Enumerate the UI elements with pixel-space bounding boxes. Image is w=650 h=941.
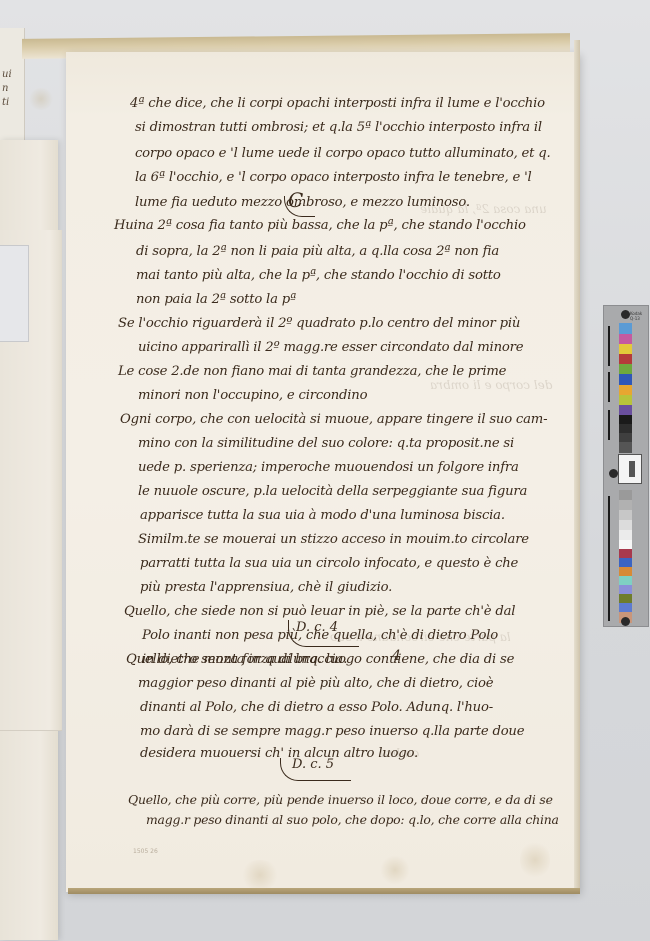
- manuscript-line: desidera muouersi ch' in alcun altro luo…: [140, 746, 418, 761]
- leaf-fragment: ti: [2, 96, 22, 110]
- leaf-fragment: ui: [2, 68, 22, 82]
- page-bottom-edge: [68, 888, 580, 894]
- manuscript-line: Quello, che monta in qualunq. luogo conu…: [126, 652, 514, 667]
- manuscript-line: corpo opaco e 'l lume uede il corpo opac…: [135, 146, 550, 161]
- strip-hole: [609, 469, 618, 478]
- manuscript-line: mai tanto più alta, che la pª, che stand…: [136, 268, 501, 283]
- scale-gauge: [618, 454, 642, 484]
- manuscript-line: minori non l'occupino, e circondino: [138, 388, 367, 403]
- manuscript-line: mo darà di se sempre magg.r peso inuerso…: [140, 724, 524, 739]
- manuscript-line: Huina 2ª cosa fia tanto più bassa, che l…: [114, 218, 526, 233]
- manuscript-line: non paia la 2ª sotto la pª: [136, 292, 296, 307]
- left-leaf-text: ui n ti: [2, 68, 22, 110]
- manuscript-line: Quello, che siede non si può leuar in pi…: [124, 604, 515, 619]
- manuscript-line: 4ª che dice, che li corpi opachi interpo…: [130, 96, 545, 111]
- manuscript-line: parratti tutta la sua uia un circolo inf…: [140, 556, 518, 571]
- page-right-edge: [574, 40, 580, 892]
- stain: [28, 88, 54, 110]
- bleed-through: del corpo e li ombra: [430, 378, 552, 392]
- strip-brand: Kodak Q-13: [630, 311, 648, 321]
- manuscript-line: Le cose 2.de non fiano mai di tanta gran…: [118, 364, 506, 379]
- manuscript-line: Similm.te se mouerai un stizzo acceso in…: [138, 532, 529, 547]
- manuscript-line: apparisce tutta la sua uia à modo d'una …: [140, 508, 505, 523]
- manuscript-line: si dimostran tutti ombrosi; et q.la 5ª l…: [135, 120, 542, 135]
- strip-bar: [608, 326, 610, 366]
- manuscript-line: la 6ª l'occhio, e 'l corpo opaco interpo…: [135, 170, 532, 185]
- strip-bar: [608, 410, 610, 440]
- manuscript-line: Ogni corpo, che con uelocità si muoue, a…: [120, 412, 547, 427]
- manuscript-line: le nuuole oscure, p.la uelocità della se…: [138, 484, 527, 499]
- paper-tab: [0, 245, 29, 342]
- manuscript-line: Quello, che più corre, più pende inuerso…: [128, 792, 553, 807]
- color-calibration-strip: Kodak Q-13: [603, 305, 649, 627]
- manuscript-line: Se l'occhio riguarderà il 2º quadrato p.…: [118, 316, 520, 331]
- strip-bar: [608, 496, 610, 621]
- swatch: [619, 442, 632, 453]
- marker-bracket: [288, 620, 359, 647]
- leaf-fragment: n: [2, 82, 22, 96]
- marker-bracket: [280, 758, 351, 781]
- strip-hole: [621, 617, 630, 626]
- library-stamp: 1505 26: [133, 848, 158, 855]
- stain: [240, 860, 280, 890]
- strip-hole: [621, 310, 630, 319]
- manuscript-line: magg.r peso dinanti al suo polo, che dop…: [146, 812, 559, 827]
- manuscript-line: più presta l'apprensiua, chè il giudizio…: [140, 580, 392, 595]
- strip-bar: [608, 372, 610, 402]
- manuscript-line: uede p. sperienza; imperoche muouendosi …: [138, 460, 519, 475]
- manuscript-line: uicino apparirallì il 2º magg.re esser c…: [138, 340, 523, 355]
- manuscript-line: mino con la similitudine del suo colore:…: [138, 436, 514, 451]
- swatch: [619, 374, 632, 385]
- swatch: [619, 323, 632, 334]
- stain: [380, 855, 410, 885]
- manuscript-line: dinanti al Polo, che di dietro a esso Po…: [140, 700, 493, 715]
- manuscript-line: maggior peso dinanti al piè più alto, ch…: [138, 676, 493, 691]
- manuscript-line: di sopra, la 2ª non li paia più alta, a …: [136, 244, 499, 259]
- stain: [520, 840, 550, 880]
